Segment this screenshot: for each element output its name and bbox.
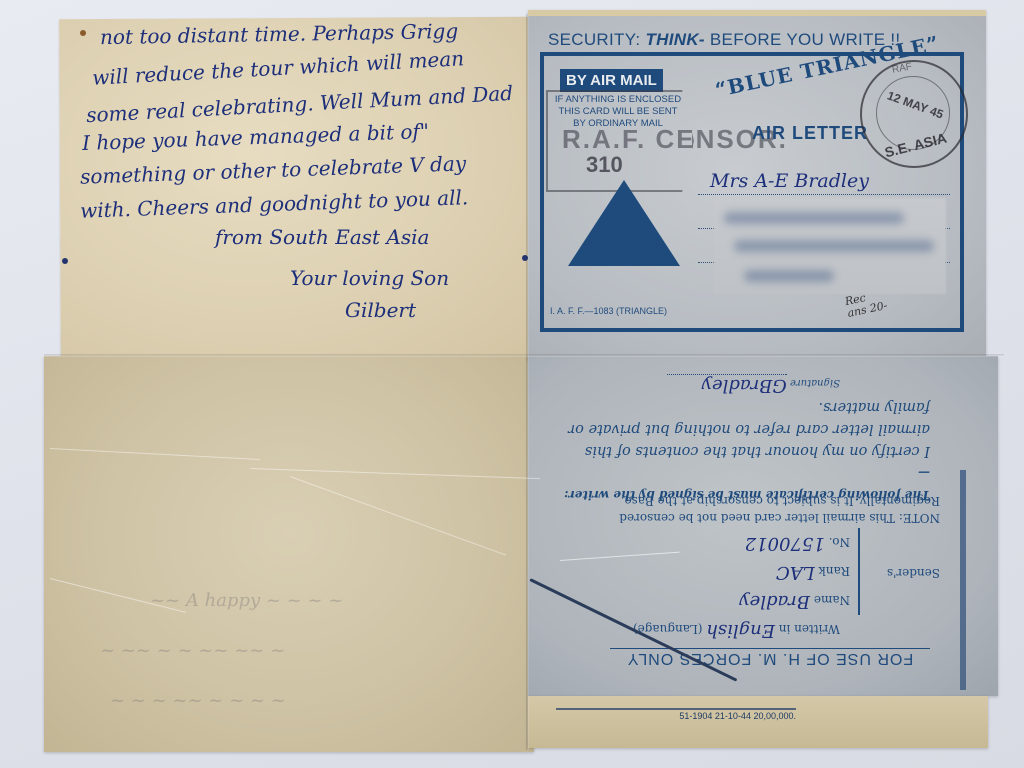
signature-block: Signature GBradley: [620, 374, 840, 396]
redacted-line: [744, 270, 834, 282]
form-code: I. A. F. F.—1083 (TRIANGLE): [550, 306, 667, 316]
addressee-name: Mrs A-E Bradley: [710, 170, 869, 192]
sender-field-rank: Rank LAC: [640, 557, 850, 586]
redacted-line: [724, 212, 904, 224]
enclosed-line: BY ORDINARY MAIL: [548, 118, 688, 130]
vertical-fold: [526, 14, 529, 750]
field-value: LAC: [776, 562, 815, 583]
sender-field-name: Name Bradley: [640, 586, 850, 615]
security-emphasis: THINK-: [645, 30, 704, 49]
signature-value: GBradley: [702, 375, 787, 396]
signature-label: Signature: [790, 377, 840, 388]
faint-pencil-writing: ~~ A happy ~ ~ ~ ~: [150, 590, 343, 611]
enclosed-notice: IF ANYTHING IS ENCLOSED THIS CARD WILL B…: [548, 94, 688, 130]
security-prefix: SECURITY:: [548, 30, 640, 49]
security-banner: SECURITY: THINK- BEFORE YOU WRITE !!: [548, 30, 900, 50]
ink-spot: [522, 255, 528, 261]
field-value: Bradley: [739, 591, 810, 612]
ink-spot: [62, 258, 68, 264]
letter-signature: Gilbert: [345, 298, 416, 322]
field-label: No.: [829, 535, 850, 549]
certificate-block: The following certificate must be signed…: [560, 396, 930, 506]
letter-closing: Your loving Son: [290, 266, 449, 290]
censorship-note: NOTE: This airmail letter card need not …: [560, 492, 940, 526]
air-mail-badge: BY AIR MAIL: [560, 69, 663, 92]
field-label: Rank: [819, 564, 850, 578]
air-letter-bottom-strip: [528, 696, 988, 748]
letter-line: from South East Asia: [215, 225, 429, 249]
faint-pencil-writing: ~ ~ ~ ~~ ~ ~ ~ ~: [110, 690, 286, 711]
sender-fields: Name Bradley Rank LAC No. 1570012: [640, 528, 860, 615]
censor-stamp-number: 310: [586, 152, 623, 178]
written-in-value: English: [706, 620, 775, 641]
photograph: ~~ A happy ~ ~ ~ ~ ~ ~~ ~ ~ ~~ ~~ ~ ~ ~ …: [0, 0, 1024, 768]
rust-spot: [80, 30, 86, 36]
redacted-line: [734, 240, 934, 252]
blue-triangle-icon: [568, 180, 680, 266]
certificate-text: I certify on my honour that the contents…: [560, 396, 930, 462]
field-label: Name: [814, 593, 850, 607]
field-value: 1570012: [745, 533, 825, 554]
faint-pencil-writing: ~ ~~ ~ ~ ~~ ~~ ~: [100, 640, 285, 661]
enclosed-line: IF ANYTHING IS ENCLOSED: [548, 94, 688, 106]
sender-label: Sender's: [870, 531, 940, 615]
printer-imprint: 51-1904 21-10-44 20,00,000.: [556, 708, 796, 721]
sender-details: Sender's Name Bradley Rank LAC No. 15700…: [640, 528, 940, 615]
forces-banner: FOR USE OF H. M. FORCES ONLY: [610, 648, 930, 667]
form-subtitle: AIR LETTER: [752, 123, 868, 144]
written-in-label: Written in: [779, 622, 840, 636]
address-line: [698, 194, 950, 195]
form-edge-band: [960, 470, 966, 690]
signature-line: GBradley: [667, 374, 787, 396]
enclosed-line: THIS CARD WILL BE SENT: [548, 106, 688, 118]
redacted-address: [714, 198, 946, 294]
horizontal-fold: [44, 354, 1004, 357]
